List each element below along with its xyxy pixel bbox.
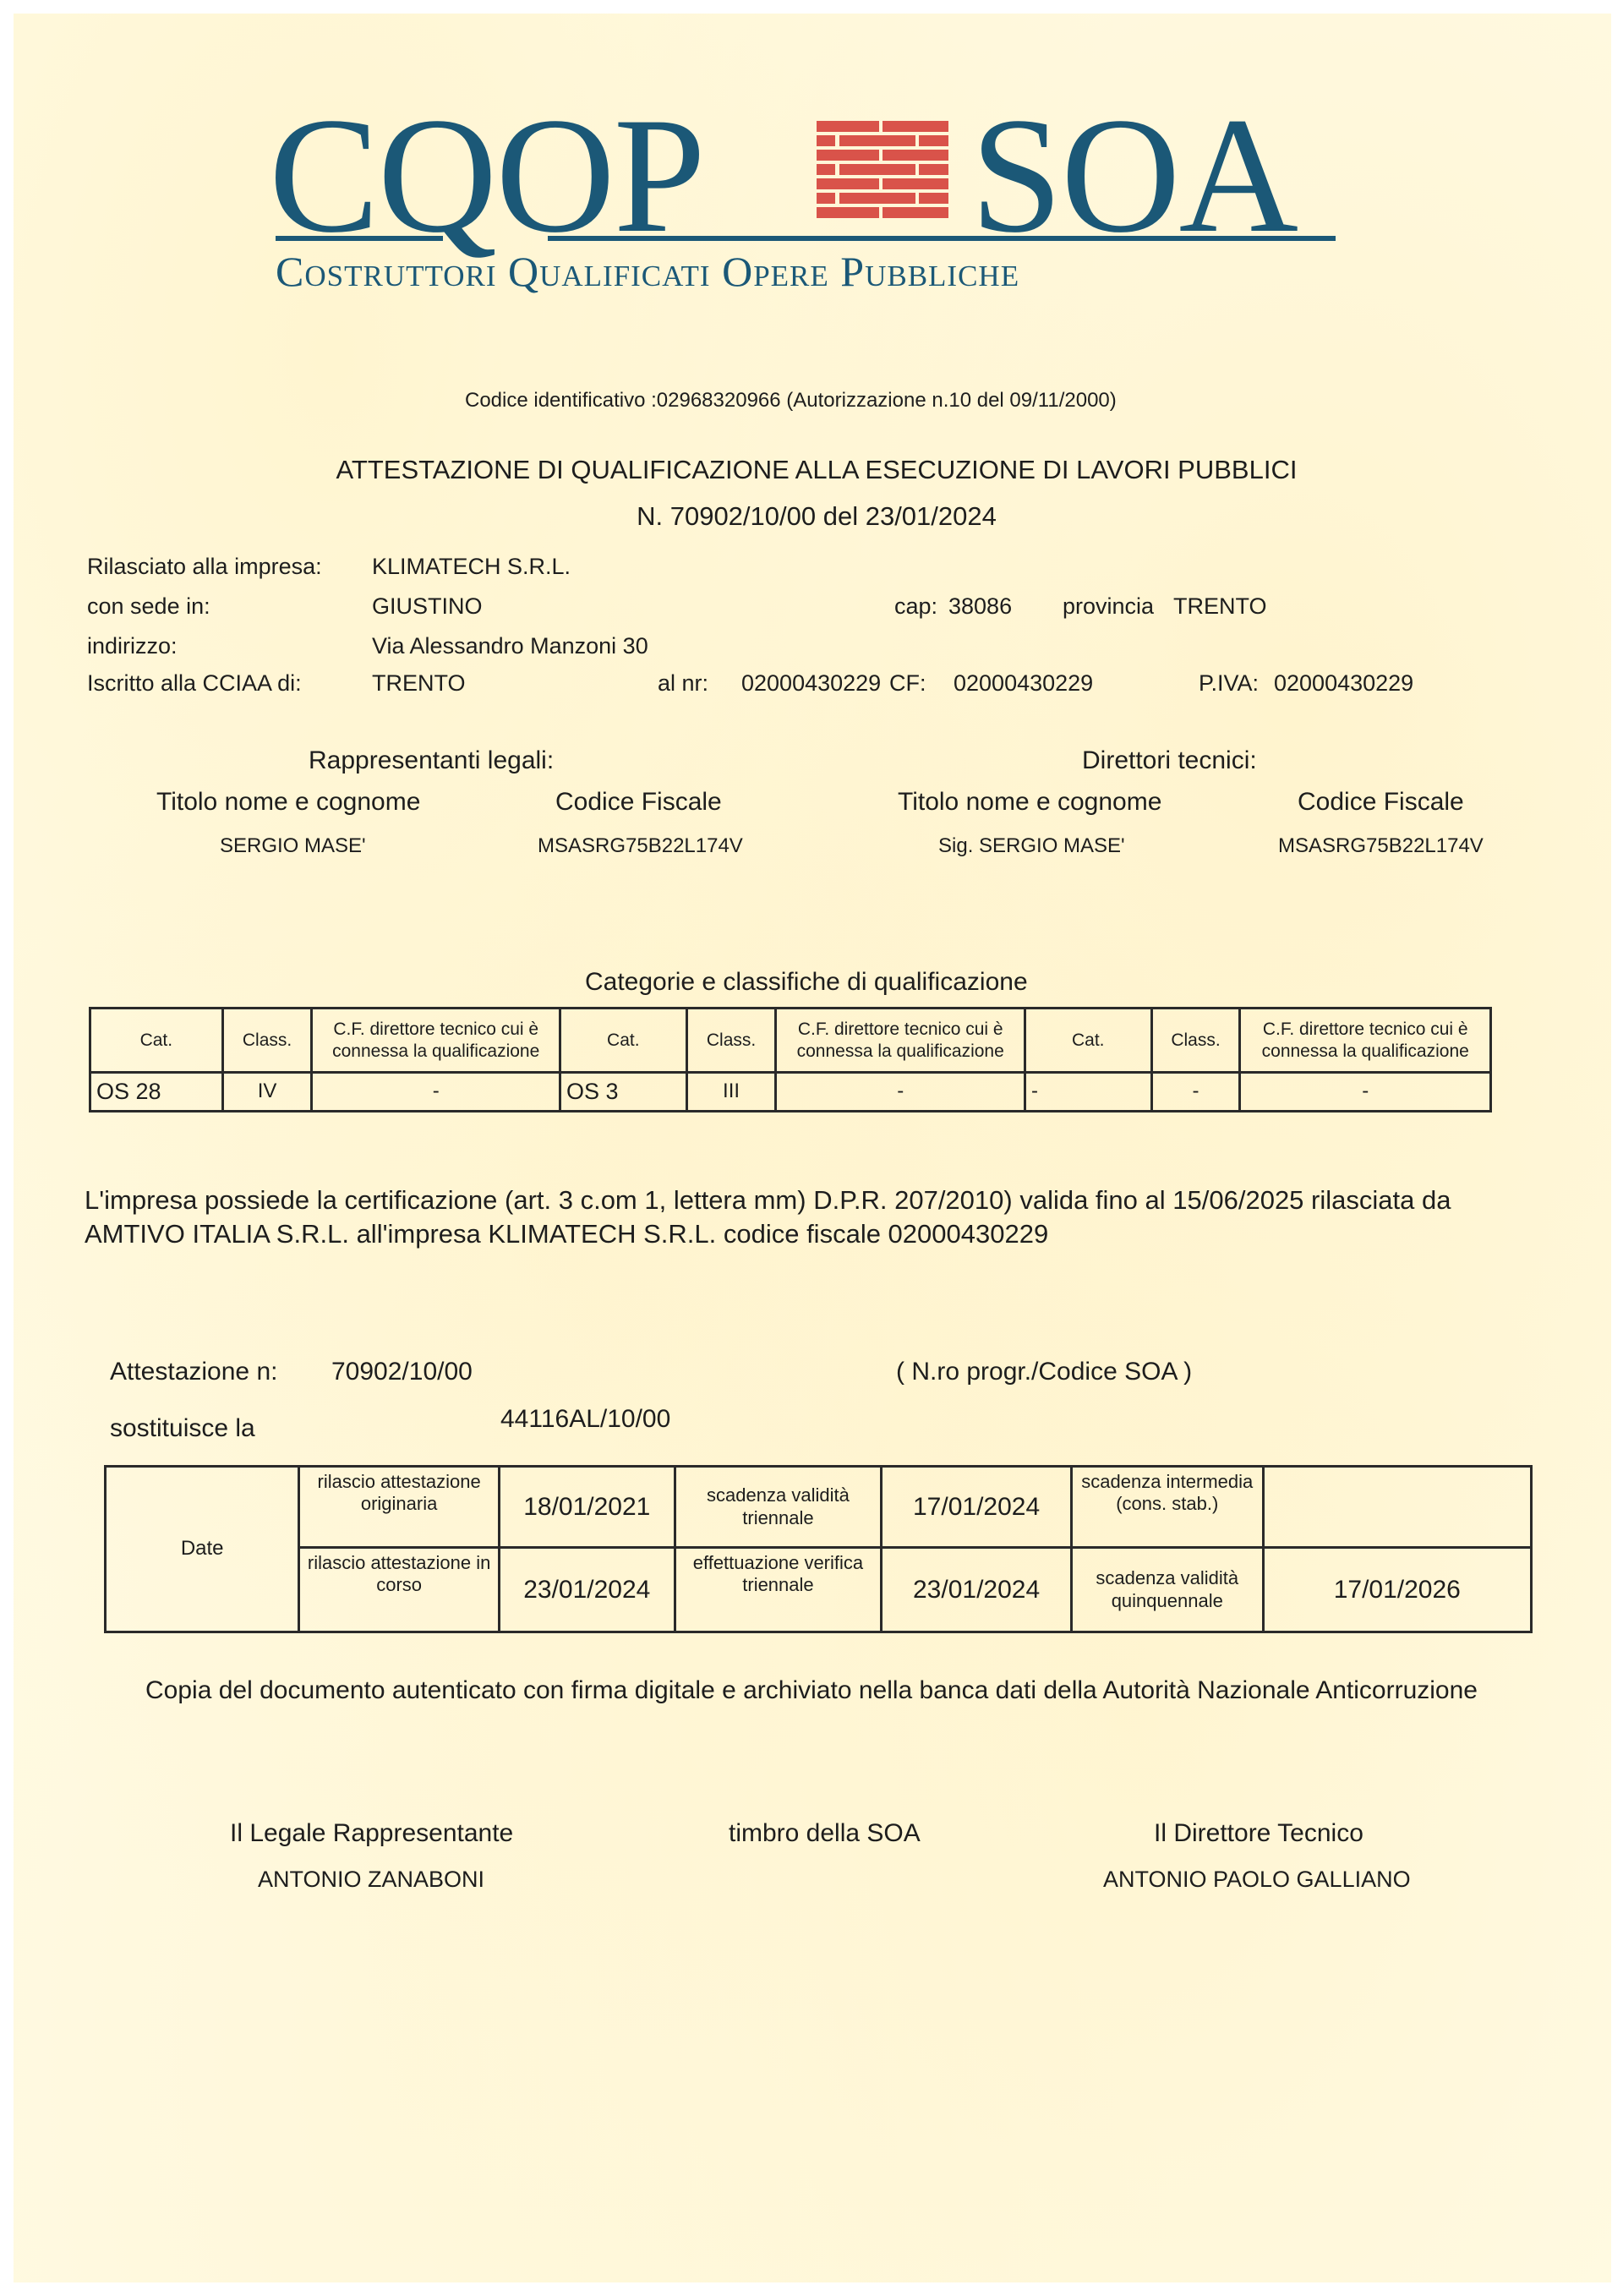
legal-rep-signature-title: Il Legale Rappresentante bbox=[230, 1819, 513, 1848]
document-title: ATTESTAZIONE DI QUALIFICAZIONE ALLA ESEC… bbox=[0, 455, 1623, 485]
tech-dir-signature-name: ANTONIO PAOLO GALLIANO bbox=[1103, 1867, 1411, 1893]
date-current-issue: 23/01/2024 bbox=[499, 1548, 675, 1632]
cell-cat: - bbox=[1025, 1073, 1151, 1112]
nr-value: 02000430229 bbox=[741, 670, 881, 697]
legal-rep-cf: MSASRG75B22L174V bbox=[538, 834, 743, 858]
date-label-intermediate-expiry: scadenza intermedia (cons. stab.) bbox=[1071, 1467, 1263, 1548]
certification-line-2: AMTIVO ITALIA S.R.L. all'impresa KLIMATE… bbox=[85, 1219, 1048, 1249]
cell-cf-director: - bbox=[1240, 1073, 1491, 1112]
header-cf-director: C.F. direttore tecnico cui è connessa la… bbox=[1240, 1009, 1491, 1073]
legal-reps-heading: Rappresentanti legali: bbox=[309, 746, 554, 775]
cf-value: 02000430229 bbox=[954, 670, 1093, 697]
header-cf-director: C.F. direttore tecnico cui è connessa la… bbox=[312, 1009, 560, 1073]
table-row: OS 28 IV - OS 3 III - - - - bbox=[90, 1073, 1491, 1112]
sede-value: GIUSTINO bbox=[372, 593, 483, 620]
tech-director-cf: MSASRG75B22L174V bbox=[1278, 834, 1484, 858]
nr-label: al nr: bbox=[658, 670, 708, 697]
date-triennial-verification: 23/01/2024 bbox=[882, 1548, 1072, 1632]
date-label-triennial-expiry: scadenza validità triennale bbox=[675, 1467, 882, 1548]
impresa-label: Rilasciato alla impresa: bbox=[87, 554, 322, 580]
piva-value: 02000430229 bbox=[1274, 670, 1413, 697]
header-class: Class. bbox=[686, 1009, 776, 1073]
cell-class: - bbox=[1151, 1073, 1240, 1112]
tech-director-name: Sig. SERGIO MASE' bbox=[938, 834, 1125, 858]
date-label-current-issue: rilascio attestazione in corso bbox=[299, 1548, 500, 1632]
date-label-triennial-verification: effettuazione verifica triennale bbox=[675, 1548, 882, 1632]
date-intermediate-expiry bbox=[1263, 1467, 1531, 1548]
piva-label: P.IVA: bbox=[1199, 670, 1259, 697]
legal-reps-col-cf: Codice Fiscale bbox=[555, 788, 722, 817]
date-original-issue: 18/01/2021 bbox=[499, 1467, 675, 1548]
indirizzo-value: Via Alessandro Manzoni 30 bbox=[372, 633, 648, 659]
categories-header-row: Cat. Class. C.F. direttore tecnico cui è… bbox=[90, 1009, 1491, 1073]
logo-text-cqop: CQOP bbox=[269, 93, 704, 259]
table-row: Date rilascio attestazione originaria 18… bbox=[106, 1467, 1532, 1548]
soa-stamp-label: timbro della SOA bbox=[729, 1819, 921, 1848]
attestation-label: Attestazione n: bbox=[110, 1358, 277, 1386]
cell-class: III bbox=[686, 1073, 776, 1112]
codice-identificativo: Codice identificativo :02968320966 (Auto… bbox=[465, 389, 1117, 413]
table-row: rilascio attestazione in corso 23/01/202… bbox=[106, 1548, 1532, 1632]
tech-directors-col-cf: Codice Fiscale bbox=[1298, 788, 1464, 817]
categories-table: Cat. Class. C.F. direttore tecnico cui è… bbox=[89, 1007, 1492, 1112]
certificate-paper bbox=[14, 14, 1611, 2282]
header-cat: Cat. bbox=[560, 1009, 686, 1073]
logo-underline-left bbox=[276, 236, 443, 241]
cap-label: cap: bbox=[894, 593, 937, 620]
date-triennial-expiry: 17/01/2024 bbox=[882, 1467, 1072, 1548]
sede-label: con sede in: bbox=[87, 593, 210, 620]
tech-dir-signature-title: Il Direttore Tecnico bbox=[1154, 1819, 1363, 1848]
authentication-note: Copia del documento autenticato con firm… bbox=[0, 1676, 1623, 1705]
document-number: N. 70902/10/00 del 23/01/2024 bbox=[0, 501, 1623, 532]
legal-reps-col-name: Titolo nome e cognome bbox=[156, 788, 420, 817]
date-quinquennial-expiry: 17/01/2026 bbox=[1263, 1548, 1531, 1632]
header-cat: Cat. bbox=[1025, 1009, 1151, 1073]
categories-heading: Categorie e classifiche di qualificazion… bbox=[585, 968, 1028, 997]
date-label-quinquennial-expiry: scadenza validità quinquennale bbox=[1071, 1548, 1263, 1632]
cell-cf-director: - bbox=[312, 1073, 560, 1112]
dates-label: Date bbox=[106, 1467, 299, 1632]
header-cf-director: C.F. direttore tecnico cui è connessa la… bbox=[776, 1009, 1025, 1073]
date-label-original-issue: rilascio attestazione originaria bbox=[299, 1467, 500, 1548]
impresa-value: KLIMATECH S.R.L. bbox=[372, 554, 571, 580]
provincia-label: provincia bbox=[1063, 593, 1154, 620]
brick-wall-icon bbox=[817, 121, 948, 221]
replaces-value: 44116AL/10/00 bbox=[500, 1405, 670, 1434]
logo-text-soa: SOA bbox=[970, 93, 1297, 259]
legal-rep-name: SERGIO MASE' bbox=[220, 834, 366, 858]
logo-tagline: Costruttori Qualificati Opere Pubbliche bbox=[276, 247, 1019, 296]
cell-cat: OS 28 bbox=[90, 1073, 223, 1112]
cf-label: CF: bbox=[889, 670, 926, 697]
header-cat: Cat. bbox=[90, 1009, 223, 1073]
attestation-note: ( N.ro progr./Codice SOA ) bbox=[896, 1358, 1192, 1386]
attestation-value: 70902/10/00 bbox=[331, 1358, 473, 1386]
cell-cf-director: - bbox=[776, 1073, 1025, 1112]
ccia-value: TRENTO bbox=[372, 670, 466, 697]
indirizzo-label: indirizzo: bbox=[87, 633, 178, 659]
logo-underline-right bbox=[548, 236, 1336, 241]
cell-cat: OS 3 bbox=[560, 1073, 686, 1112]
tech-directors-heading: Direttori tecnici: bbox=[1082, 746, 1257, 775]
header-class: Class. bbox=[1151, 1009, 1240, 1073]
replaces-label: sostituisce la bbox=[110, 1414, 255, 1443]
header-class: Class. bbox=[222, 1009, 312, 1073]
tech-directors-col-name: Titolo nome e cognome bbox=[898, 788, 1161, 817]
cell-class: IV bbox=[222, 1073, 312, 1112]
cap-value: 38086 bbox=[948, 593, 1012, 620]
dates-table: Date rilascio attestazione originaria 18… bbox=[104, 1465, 1533, 1633]
legal-rep-signature-name: ANTONIO ZANABONI bbox=[258, 1867, 484, 1893]
provincia-value: TRENTO bbox=[1173, 593, 1267, 620]
ccia-label: Iscritto alla CCIAA di: bbox=[87, 670, 302, 697]
certification-line-1: L'impresa possiede la certificazione (ar… bbox=[85, 1185, 1451, 1216]
